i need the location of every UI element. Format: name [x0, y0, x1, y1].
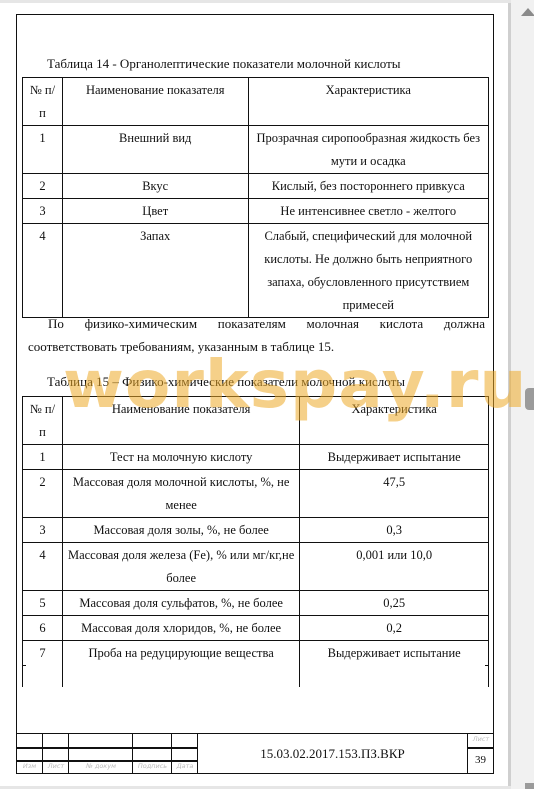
- row-value: Не интенсивнее светло - желтого: [248, 199, 488, 224]
- table-row: 2 Массовая доля молочной кислоты, %, не …: [23, 470, 489, 518]
- row-value: Слабый, специфический для молочной кисло…: [248, 224, 488, 318]
- body-paragraph: По физико-химическим показателям молочна…: [28, 312, 485, 358]
- table-row: 1 Внешний вид Прозрачная сиропообразная …: [23, 126, 489, 174]
- tb-divider: [467, 747, 494, 749]
- table-15: № п/п Наименование показателя Характерис…: [22, 396, 489, 687]
- scroll-down-arrow-icon[interactable]: [525, 783, 534, 789]
- row-value: Выдерживает испытание: [300, 445, 489, 470]
- table-header-row: № п/п Наименование показателя Характерис…: [23, 397, 489, 445]
- row-num: 1: [23, 445, 63, 470]
- scrollbar-thumb[interactable]: [525, 388, 534, 410]
- row-name: Вкус: [62, 174, 248, 199]
- row-num: 4: [23, 543, 63, 591]
- row-name: Массовая доля железа (Fe), % или мг/кг,н…: [62, 543, 299, 591]
- table-row: 4 Запах Слабый, специфический для молочн…: [23, 224, 489, 318]
- row-value: 0,25: [300, 591, 489, 616]
- tb-divider: [16, 747, 198, 749]
- table-row: 3 Цвет Не интенсивнее светло - желтого: [23, 199, 489, 224]
- row-name: Массовая доля сульфатов, %, не более: [62, 591, 299, 616]
- header-name: Наименование показателя: [62, 78, 248, 126]
- row-name: Внешний вид: [62, 126, 248, 174]
- row-name: Массовая доля молочной кислоты, %, не ме…: [62, 470, 299, 518]
- sheet-label: Лист: [468, 735, 494, 743]
- paragraph-line-1: По физико-химическим показателям молочна…: [28, 312, 485, 335]
- row-num: 4: [23, 224, 63, 318]
- row-value: 0,3: [300, 518, 489, 543]
- row-value: 47,5: [300, 470, 489, 518]
- tb-label-izm: Изм: [16, 762, 43, 770]
- table-14-caption: Таблица 14 - Органолептические показател…: [47, 56, 401, 72]
- row-value: 0,001 или 10,0: [300, 543, 489, 591]
- sheet-number: 39: [467, 750, 494, 770]
- table-continuation-marks: [22, 665, 489, 666]
- row-num: 3: [23, 199, 63, 224]
- document-code: 15.03.02.2017.153.ПЗ.ВКР: [198, 734, 467, 774]
- row-num: 5: [23, 591, 63, 616]
- tick-right: [485, 665, 489, 666]
- table-15-caption: Таблица 15 – Физико-химические показател…: [47, 374, 405, 390]
- header-value: Характеристика: [248, 78, 488, 126]
- table-14: № п/п Наименование показателя Характерис…: [22, 77, 489, 318]
- row-name: Цвет: [62, 199, 248, 224]
- row-value: Прозрачная сиропообразная жидкость без м…: [248, 126, 488, 174]
- scroll-up-arrow-icon[interactable]: [521, 8, 534, 16]
- row-num: 7: [23, 641, 63, 687]
- row-num: 2: [23, 470, 63, 518]
- row-name: Проба на редуцирующие вещества: [62, 641, 299, 687]
- row-num: 2: [23, 174, 63, 199]
- row-name: Массовая доля хлоридов, %, не более: [62, 616, 299, 641]
- row-num: 3: [23, 518, 63, 543]
- tb-label-doc: № докум: [69, 762, 133, 770]
- row-name: Тест на молочную кислоту: [62, 445, 299, 470]
- paragraph-line-2: соответствовать требованиям, указанным в…: [28, 339, 334, 354]
- table-row: 4 Массовая доля железа (Fe), % или мг/кг…: [23, 543, 489, 591]
- title-block: Изм Лист № докум Подпись Дата 15.03.02.2…: [16, 733, 494, 774]
- table-row: 1 Тест на молочную кислоту Выдерживает и…: [23, 445, 489, 470]
- tick-left: [22, 665, 26, 666]
- tb-label-date: Дата: [172, 762, 198, 770]
- table-row: 5 Массовая доля сульфатов, %, не более 0…: [23, 591, 489, 616]
- table-header-row: № п/п Наименование показателя Характерис…: [23, 78, 489, 126]
- row-value: Выдерживает испытание: [300, 641, 489, 687]
- table-row: 7 Проба на редуцирующие вещества Выдержи…: [23, 641, 489, 687]
- table-row: 3 Массовая доля золы, %, не более 0,3: [23, 518, 489, 543]
- header-num: № п/п: [23, 397, 63, 445]
- header-name: Наименование показателя: [62, 397, 299, 445]
- tb-label-sign: Подпись: [133, 762, 172, 770]
- header-value: Характеристика: [300, 397, 489, 445]
- row-num: 6: [23, 616, 63, 641]
- row-value: 0,2: [300, 616, 489, 641]
- row-value: Кислый, без постороннего привкуса: [248, 174, 488, 199]
- table-row: 6 Массовая доля хлоридов, %, не более 0,…: [23, 616, 489, 641]
- row-name: Запах: [62, 224, 248, 318]
- table-row: 2 Вкус Кислый, без постороннего привкуса: [23, 174, 489, 199]
- row-num: 1: [23, 126, 63, 174]
- header-num: № п/п: [23, 78, 63, 126]
- tb-label-list: Лист: [43, 762, 69, 770]
- row-name: Массовая доля золы, %, не более: [62, 518, 299, 543]
